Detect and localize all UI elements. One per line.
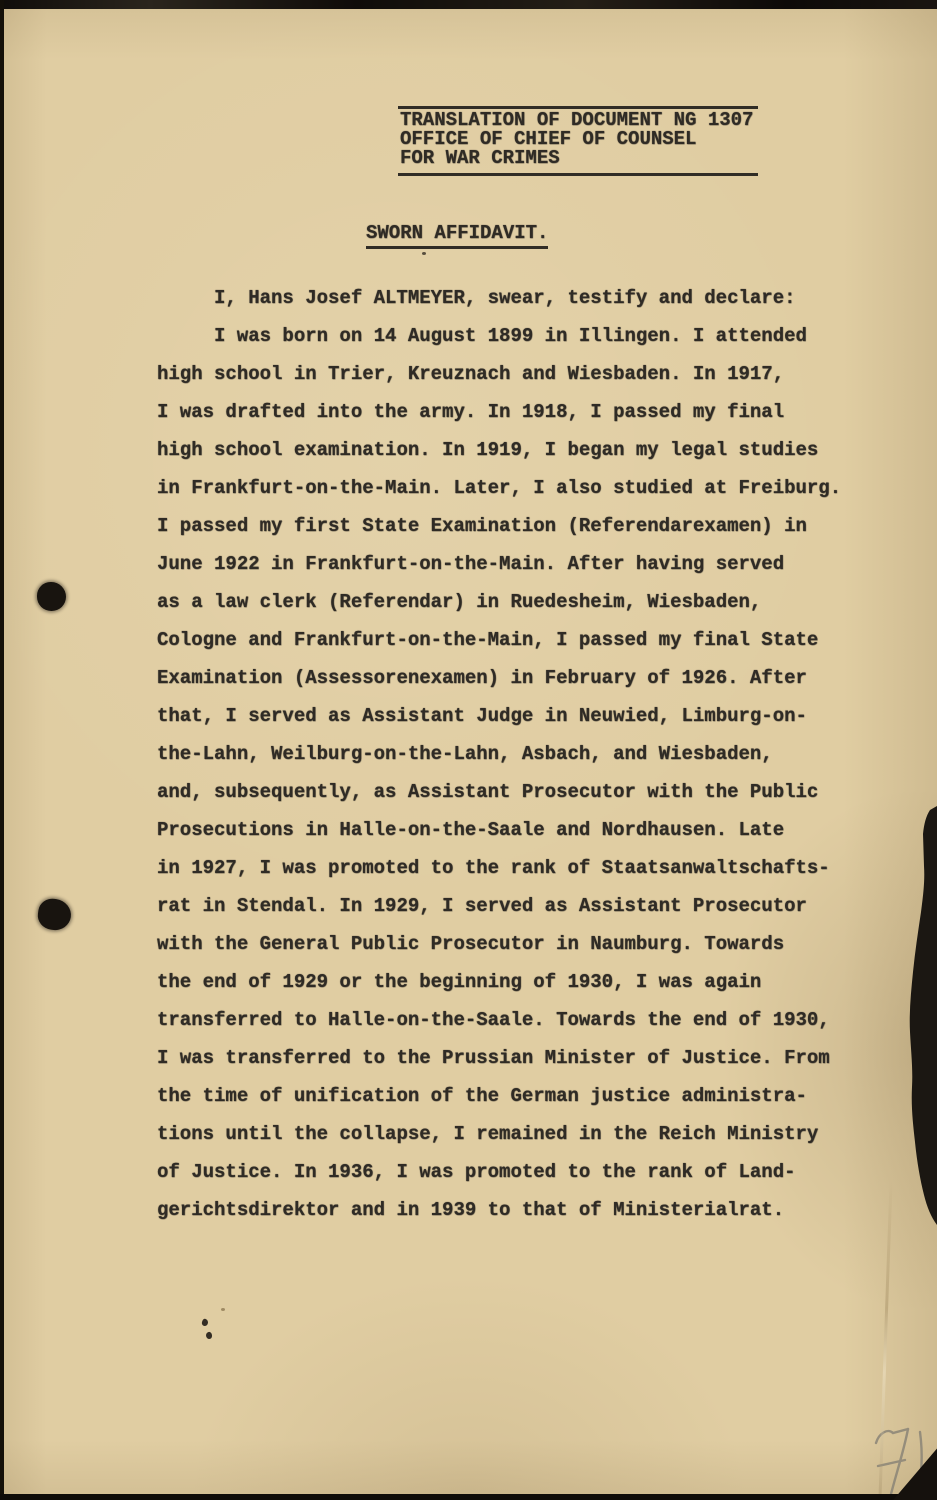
body-line: in 1927, I was promoted to the rank of S… — [157, 849, 867, 887]
body-line: and, subsequently, as Assistant Prosecut… — [157, 773, 867, 811]
body-line: I was drafted into the army. In 1918, I … — [157, 393, 867, 431]
body-line: June 1922 in Frankfurt-on-the-Main. Afte… — [157, 545, 867, 583]
scan-edge-bottom — [0, 1494, 937, 1500]
ink-speck — [201, 1318, 209, 1327]
stamp-line-war-crimes: FOR WAR CRIMES — [400, 149, 758, 168]
body-line: I, Hans Josef ALTMEYER, swear, testify a… — [157, 279, 867, 317]
body-line: rat in Stendal. In 1929, I served as Ass… — [157, 887, 867, 925]
body-line: I was transferred to the Prussian Minist… — [157, 1039, 867, 1077]
body-line: high school examination. In 1919, I bega… — [157, 431, 867, 469]
scan-edge-left — [0, 0, 4, 1500]
body-line: tions until the collapse, I remained in … — [157, 1115, 867, 1153]
body-line: the time of unification of the German ju… — [157, 1077, 867, 1115]
ink-speck — [221, 1308, 225, 1311]
body-line: the end of 1929 or the beginning of 1930… — [157, 963, 867, 1001]
body-line: high school in Trier, Kreuznach and Wies… — [157, 355, 867, 393]
body-line: with the General Public Prosecutor in Na… — [157, 925, 867, 963]
body-line: gerichtsdirektor and in 1939 to that of … — [157, 1191, 867, 1229]
document-page: TRANSLATION OF DOCUMENT NG 1307 OFFICE O… — [0, 0, 937, 1500]
body-line: in Frankfurt-on-the-Main. Later, I also … — [157, 469, 867, 507]
ink-speck — [205, 1331, 213, 1339]
document-stamp: TRANSLATION OF DOCUMENT NG 1307 OFFICE O… — [398, 106, 758, 176]
body-line: Examination (Assessorenexamen) in Februa… — [157, 659, 867, 697]
torn-edge — [897, 806, 937, 1246]
punch-hole — [36, 897, 73, 932]
body-line: of Justice. In 1936, I was promoted to t… — [157, 1153, 867, 1191]
body-line: the-Lahn, Weilburg-on-the-Lahn, Asbach, … — [157, 735, 867, 773]
affidavit-title: SWORN AFFIDAVIT. — [366, 222, 548, 249]
body-line: transferred to Halle-on-the-Saale. Towar… — [157, 1001, 867, 1039]
body-line: I passed my first State Examination (Ref… — [157, 507, 867, 545]
ink-speck — [422, 252, 426, 255]
punch-hole — [37, 582, 66, 611]
body-line: Prosecutions in Halle-on-the-Saale and N… — [157, 811, 867, 849]
body-line: Cologne and Frankfurt-on-the-Main, I pas… — [157, 621, 867, 659]
body-line: I was born on 14 August 1899 in Illingen… — [157, 317, 867, 355]
body-line: as a law clerk (Referendar) in Ruedeshei… — [157, 583, 867, 621]
body-line: that, I served as Assistant Judge in Neu… — [157, 697, 867, 735]
affidavit-body: I, Hans Josef ALTMEYER, swear, testify a… — [157, 279, 867, 1229]
scan-edge-top — [0, 0, 937, 9]
